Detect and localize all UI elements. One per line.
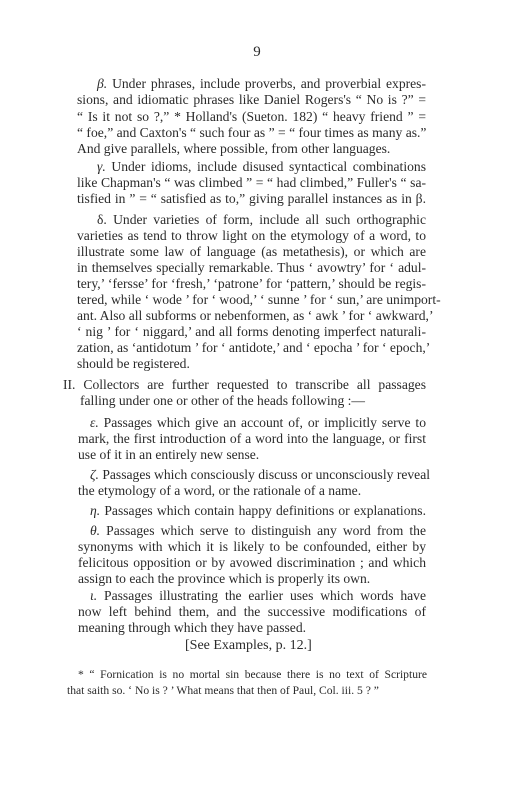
see-examples-note: [See Examples, p. 12.] bbox=[185, 638, 312, 654]
line-text: Under phrases, include proverbs, and pro… bbox=[112, 76, 426, 91]
footnote-marker: * bbox=[78, 668, 84, 681]
section-marker: β. bbox=[97, 76, 107, 91]
paragraph-line: illustrate some law of language (as meta… bbox=[77, 244, 426, 260]
line-text: Collectors are further requested to tran… bbox=[83, 377, 426, 392]
page-number: 9 bbox=[0, 44, 514, 61]
paragraph-line: δ. Under varieties of form, include all … bbox=[97, 212, 426, 228]
paragraph-line: should be registered. bbox=[77, 356, 426, 372]
paragraph-line: tisfied in ” = “ satisfied as to,” givin… bbox=[77, 191, 426, 207]
section-heading-line: falling under one or other of the heads … bbox=[80, 393, 426, 409]
line-text: Passages which contain happy definitions… bbox=[104, 503, 426, 518]
line-text: Under varieties of form, include all suc… bbox=[113, 212, 426, 227]
paragraph-line: “ Is it not so ?,” * Holland's (Sueton. … bbox=[77, 109, 426, 125]
paragraph-line: tery,’ ‘fersse’ for ‘fresh,’ ‘patrone’ f… bbox=[77, 276, 426, 292]
paragraph-line: in themselves specially remarkable. Thus… bbox=[77, 260, 426, 276]
paragraph-line: use of it in an entirely new sense. bbox=[78, 447, 426, 463]
section-marker: θ. bbox=[90, 523, 100, 538]
paragraph-line: synonyms with which it is likely to be c… bbox=[78, 539, 426, 555]
document-page: 9 β. Under phrases, include proverbs, an… bbox=[0, 0, 514, 800]
paragraph-line: ζ. Passages which consciously discuss or… bbox=[90, 467, 426, 483]
section-marker: γ. bbox=[97, 159, 106, 174]
line-text: Under idioms, include disused syntactica… bbox=[111, 159, 426, 174]
paragraph-line: And give parallels, where possible, from… bbox=[77, 141, 426, 157]
paragraph-line: η. Passages which contain happy definiti… bbox=[90, 503, 426, 519]
paragraph-line: tered, while ‘ wode ’ for ‘ wood,’ ‘ sun… bbox=[77, 292, 426, 308]
paragraph-line: “ foe,” and Caxton's “ such four as ” = … bbox=[77, 125, 426, 141]
footnote-line: * “ Fornication is no mortal sin because… bbox=[78, 667, 427, 683]
paragraph-line: γ. Under idioms, include disused syntact… bbox=[97, 159, 426, 175]
line-text: Passages which give an account of, or im… bbox=[104, 415, 426, 430]
paragraph-line: ε. Passages which give an account of, or… bbox=[90, 415, 426, 431]
paragraph-line: varieties as tend to throw light on the … bbox=[77, 228, 426, 244]
paragraph-line: felicitous opposition or by avowed discr… bbox=[78, 555, 426, 571]
paragraph-line: like Chapman's “ was climbed ” = “ had c… bbox=[77, 175, 426, 191]
section-marker: η. bbox=[90, 503, 100, 518]
line-text: “ Fornication is no mortal sin because t… bbox=[89, 668, 427, 681]
paragraph-line: ι. Passages illustrating the earlier use… bbox=[90, 588, 426, 604]
section-heading-line: II. Collectors are further requested to … bbox=[63, 377, 426, 393]
line-text: Passages which serve to distinguish any … bbox=[106, 523, 426, 538]
section-marker: ζ. bbox=[90, 467, 99, 482]
paragraph-line: meaning through which they have passed. bbox=[78, 620, 426, 636]
section-marker: δ. bbox=[97, 212, 107, 227]
section-marker: II. bbox=[63, 377, 75, 392]
paragraph-line: mark, the first introduction of a word i… bbox=[78, 431, 426, 447]
paragraph-line: sions, and idiomatic phrases like Daniel… bbox=[77, 92, 426, 108]
paragraph-line: assign to each the province which is pro… bbox=[78, 571, 426, 587]
section-marker: ε. bbox=[90, 415, 99, 430]
paragraph-line: ‘ nig ’ for ‘ niggard,’ and all forms de… bbox=[77, 324, 426, 340]
paragraph-line: β. Under phrases, include proverbs, and … bbox=[97, 76, 426, 92]
footnote-line: that saith so. ‘ No is ? ’ What means th… bbox=[67, 683, 427, 699]
line-text: Passages illustrating the earlier uses w… bbox=[104, 588, 426, 603]
paragraph-line: the etymology of a word, or the rational… bbox=[78, 483, 426, 499]
paragraph-line: ant. Also all subforms or nebenformen, a… bbox=[77, 308, 426, 324]
paragraph-line: zation, as ‘antidotum ’ for ‘ antidote,’… bbox=[77, 340, 426, 356]
section-marker: ι. bbox=[90, 588, 97, 603]
paragraph-line: θ. Passages which serve to distinguish a… bbox=[90, 523, 426, 539]
line-text: Passages which consciously discuss or un… bbox=[102, 467, 430, 482]
paragraph-line: now left behind them, and the successive… bbox=[78, 604, 426, 620]
